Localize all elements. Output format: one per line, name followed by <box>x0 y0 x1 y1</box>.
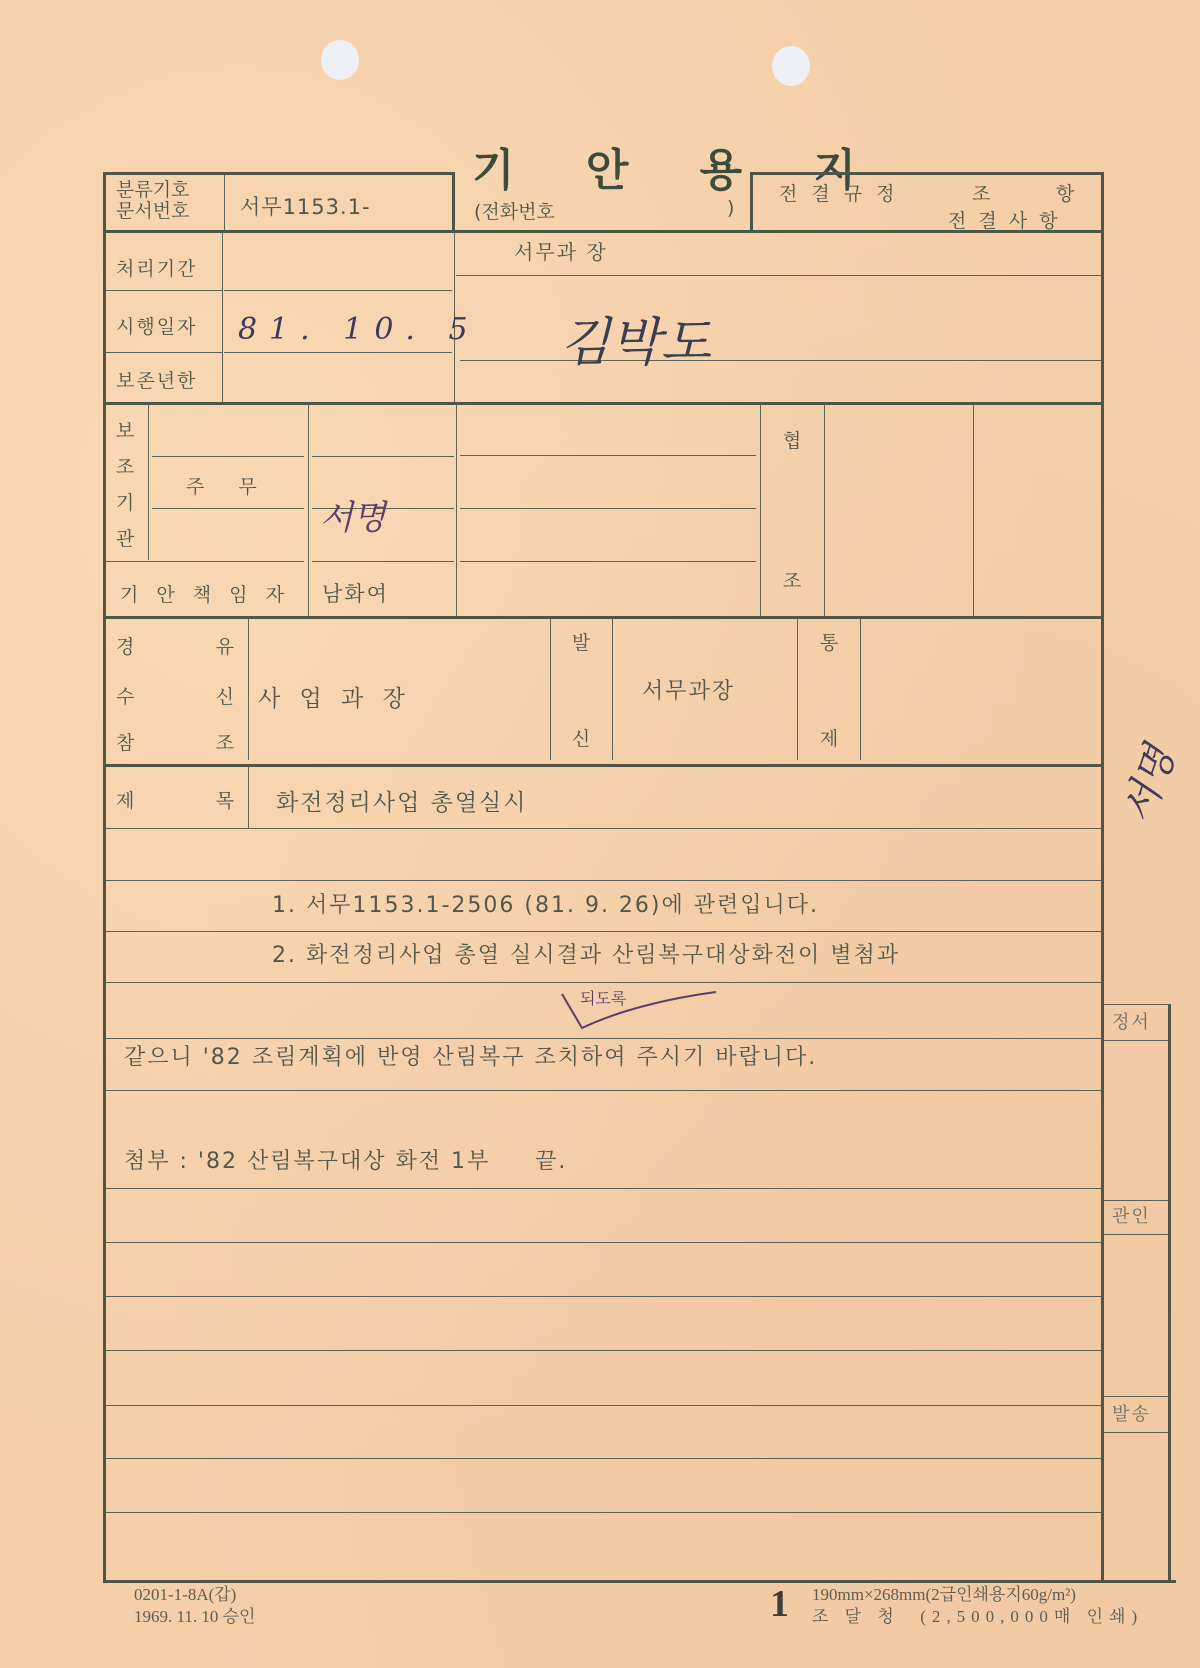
approval-matters-label: 전 결 사 항 <box>948 206 1061 233</box>
row-line <box>106 561 304 562</box>
frame-top-right <box>752 172 1103 175</box>
side-line <box>1104 1200 1168 1201</box>
row-line <box>460 455 756 456</box>
classification-code-label: 분류기호 <box>116 180 189 201</box>
approval-rule-clause: 항 <box>1056 179 1076 206</box>
body-line-1[interactable]: 1. 서무1153.1-2506 (81. 9. 26)에 관련입니다. <box>272 888 819 919</box>
approver-title: 서무과 장 <box>514 236 608 265</box>
divider <box>860 618 861 760</box>
approval-rule-label: 전 결 규 정 <box>779 179 899 206</box>
ruled-line <box>106 880 1101 881</box>
frame-bottom <box>103 1580 1176 1583</box>
cooperation-label-top: 협 <box>781 432 803 451</box>
side-signature: 서명 <box>1106 737 1186 829</box>
aux-org-char: 조 <box>114 458 136 477</box>
frame-left <box>103 172 106 1580</box>
side-line <box>1104 1040 1168 1041</box>
section-line <box>103 616 1101 619</box>
via-label: 경유 <box>116 632 236 659</box>
aux-org-char: 보 <box>114 422 136 441</box>
subject-value[interactable]: 화전정리사업 총열실시 <box>276 784 528 817</box>
reference-char: 조 <box>216 728 236 755</box>
ruled-line <box>106 1458 1101 1459</box>
sender-label-top: 발 <box>570 634 592 653</box>
classification-value[interactable]: 서무1153.1- <box>240 191 371 221</box>
frame-top-left <box>103 172 455 175</box>
row-line <box>312 561 454 562</box>
row-line <box>152 508 304 509</box>
row-line <box>106 352 222 353</box>
row-line <box>460 360 1101 361</box>
ruled-line <box>106 1350 1101 1351</box>
frame-right <box>1101 172 1104 1580</box>
row-line <box>224 352 452 353</box>
reference-char: 참 <box>116 728 136 755</box>
control-label-top: 통 <box>818 634 840 653</box>
body-line-3[interactable]: 같으니 '82 조림계획에 반영 산림복구 조치하여 주시기 바랍니다. <box>124 1040 817 1071</box>
aux-chief-signature: 서명 <box>320 490 386 539</box>
classification-label: 분류기호 문서번호 <box>116 180 189 222</box>
drafter-label: 기 안 책 임 자 <box>120 580 290 607</box>
insertion-caret-icon <box>560 990 720 1040</box>
side-line <box>1104 1234 1168 1235</box>
divider <box>248 618 249 760</box>
aux-chief-label: 주 무 <box>186 472 271 499</box>
ruled-line <box>106 931 1101 932</box>
ruled-line <box>106 1090 1101 1091</box>
aux-org-char: 기 <box>114 494 136 513</box>
divider <box>222 232 223 402</box>
document-number-label: 문서번호 <box>116 201 189 222</box>
divider <box>824 404 825 616</box>
recipient-value[interactable]: 사 업 과 장 <box>258 680 411 713</box>
divider <box>612 618 613 760</box>
side-item-dispatch: 발송 <box>1112 1400 1151 1426</box>
footer-approval-date: 1969. 11. 10 승인 <box>134 1606 255 1627</box>
section-line <box>103 764 1101 767</box>
retention-label: 보존년한 <box>116 366 197 393</box>
cooperation-label-bottom: 조 <box>781 572 803 591</box>
side-panel-right <box>1168 1004 1171 1580</box>
side-line <box>1104 1396 1168 1397</box>
divider <box>973 404 974 616</box>
footer-page-number: 1 <box>770 1582 789 1626</box>
ruled-line <box>106 982 1101 983</box>
ruled-line <box>106 1188 1101 1189</box>
approver-signature: 김박도 <box>560 300 711 375</box>
aux-org-char: 관 <box>114 530 136 549</box>
divider <box>550 618 551 760</box>
recipient-label: 수신 <box>116 682 236 709</box>
divider <box>750 172 753 230</box>
processing-period-label: 처리기간 <box>116 254 197 281</box>
subject-char: 목 <box>216 786 236 813</box>
drafter-name[interactable]: 남화여 <box>322 578 389 608</box>
punch-hole-right <box>772 46 810 86</box>
side-item-official-seal: 관인 <box>1112 1202 1151 1228</box>
row-line <box>106 828 1101 829</box>
divider <box>248 766 249 828</box>
ruled-line <box>106 1242 1101 1243</box>
row-line <box>312 456 454 457</box>
row-line <box>460 508 756 509</box>
divider <box>224 175 225 230</box>
control-label-bottom: 제 <box>818 730 840 749</box>
row-line <box>224 290 452 291</box>
subject-label: 제목 <box>116 786 236 813</box>
enforcement-date-label: 시행일자 <box>116 312 197 339</box>
recipient-char: 수 <box>116 682 136 709</box>
side-item-clean-copy: 정서 <box>1112 1008 1151 1034</box>
sender-value[interactable]: 서무과장 <box>642 674 735 705</box>
row-line <box>456 275 1101 276</box>
phone-close: ) <box>727 197 736 219</box>
side-panel-top <box>1104 1004 1170 1005</box>
subject-char: 제 <box>116 786 136 813</box>
side-line <box>1104 1432 1168 1433</box>
ruled-line <box>106 1512 1101 1513</box>
ruled-line <box>106 1296 1101 1297</box>
section-line <box>103 402 1101 405</box>
approval-rule-article: 조 <box>972 179 992 206</box>
footer-paper-spec: 190mm×268mm(2급인쇄용지60g/m²) <box>812 1584 1076 1605</box>
phone-label: (전화번호 <box>474 197 555 224</box>
footer-issuer: 조 달 청 (2,500,000매 인쇄) <box>812 1606 1143 1627</box>
attachment-line[interactable]: 첨부 : '82 산림복구대상 화전 1부 끝. <box>124 1144 567 1175</box>
footer-form-code: 0201-1-8A(갑) <box>134 1584 236 1605</box>
divider <box>452 172 455 230</box>
body-line-2[interactable]: 2. 화전정리사업 총열 실시결과 산림복구대상화전이 별첨과 <box>272 938 900 969</box>
divider <box>456 404 457 616</box>
enforcement-date-value[interactable]: 81. 10. 5 <box>238 312 480 347</box>
row-line <box>152 456 304 457</box>
via-char: 경 <box>116 632 136 659</box>
row-line <box>460 561 756 562</box>
reference-label: 참조 <box>116 728 236 755</box>
divider <box>760 404 761 616</box>
punch-hole-left <box>321 40 359 80</box>
divider <box>148 404 149 560</box>
divider <box>797 618 798 760</box>
ruled-line <box>106 1405 1101 1406</box>
divider <box>308 404 309 616</box>
via-char: 유 <box>216 632 236 659</box>
sender-label-bottom: 신 <box>570 730 592 749</box>
row-line <box>106 290 222 291</box>
recipient-char: 신 <box>216 682 236 709</box>
